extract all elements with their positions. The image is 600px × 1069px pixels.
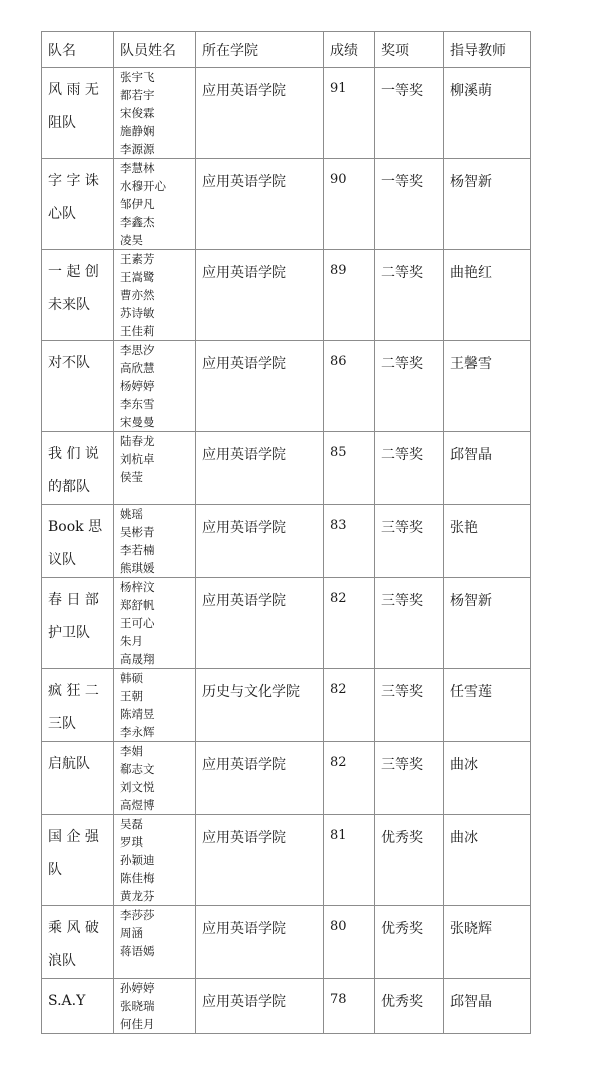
header-award: 奖项 (375, 32, 444, 68)
member-name: 邹伊凡 (120, 195, 195, 213)
team-name-line: 对不队 (48, 347, 109, 380)
members-cell: 李娟郗志文刘文悦高煜博 (114, 742, 196, 815)
member-name: 罗琪 (120, 833, 195, 851)
header-members: 队员姓名 (114, 32, 196, 68)
team-name-cell: 乘 风 破浪队 (42, 906, 114, 979)
member-name: 王嵩鹭 (120, 268, 195, 286)
team-name-line: 风 雨 无 (48, 74, 109, 107)
teacher-cell: 杨智新 (444, 578, 531, 669)
award-cell: 三等奖 (375, 742, 444, 815)
score-cell: 82 (324, 669, 375, 742)
member-name: 高煜博 (120, 796, 195, 814)
team-name-cell: 风 雨 无阻队 (42, 68, 114, 159)
team-name-line: 字 字 诛 (48, 165, 109, 198)
table-row: 字 字 诛心队李慧林水穆开心邹伊凡李鑫杰凌昊应用英语学院90一等奖杨智新 (42, 159, 531, 250)
team-name-cell: Book 思议队 (42, 505, 114, 578)
team-name-line: 护卫队 (48, 617, 109, 650)
award-cell: 一等奖 (375, 68, 444, 159)
college-cell: 应用英语学院 (196, 505, 324, 578)
member-name: 施静娴 (120, 122, 195, 140)
award-cell: 三等奖 (375, 669, 444, 742)
member-name: 曹亦然 (120, 286, 195, 304)
table-row: S.A.Y孙婷婷张晓瑞何佳月应用英语学院78优秀奖邱智晶 (42, 979, 531, 1034)
score-cell: 90 (324, 159, 375, 250)
team-name-cell: 一 起 创未来队 (42, 250, 114, 341)
teacher-cell: 任雪莲 (444, 669, 531, 742)
member-name: 王可心 (120, 614, 195, 632)
score-cell: 81 (324, 815, 375, 906)
teacher-cell: 张晓辉 (444, 906, 531, 979)
team-name-line: 乘 风 破 (48, 912, 109, 945)
team-name-cell: 疯 狂 二三队 (42, 669, 114, 742)
members-cell: 姚瑶吴彬青李若楠熊琪媛 (114, 505, 196, 578)
team-name-cell: 我 们 说的都队 (42, 432, 114, 505)
score-cell: 80 (324, 906, 375, 979)
award-cell: 一等奖 (375, 159, 444, 250)
member-name: 朱月 (120, 632, 195, 650)
members-cell: 孙婷婷张晓瑞何佳月 (114, 979, 196, 1034)
college-cell: 历史与文化学院 (196, 669, 324, 742)
member-name: 李思汐 (120, 341, 195, 359)
award-cell: 优秀奖 (375, 815, 444, 906)
table-row: 春 日 部护卫队杨梓汶郑舒帆王可心朱月高晟翔应用英语学院82三等奖杨智新 (42, 578, 531, 669)
header-team: 队名 (42, 32, 114, 68)
team-name-line: 浪队 (48, 945, 109, 978)
member-name: 郑舒帆 (120, 596, 195, 614)
award-cell: 三等奖 (375, 578, 444, 669)
team-name-cell: 字 字 诛心队 (42, 159, 114, 250)
member-name: 刘文悦 (120, 778, 195, 796)
member-name: 熊琪媛 (120, 559, 195, 577)
member-name: 陈靖昱 (120, 705, 195, 723)
member-name: 凌昊 (120, 231, 195, 249)
college-cell: 应用英语学院 (196, 979, 324, 1034)
score-cell: 78 (324, 979, 375, 1034)
teacher-cell: 曲艳红 (444, 250, 531, 341)
member-name: 吴磊 (120, 815, 195, 833)
table-row: 风 雨 无阻队张宇飞都若宇宋俊霖施静娴李源源应用英语学院91一等奖柳溪萌 (42, 68, 531, 159)
score-cell: 82 (324, 578, 375, 669)
member-name: 高晟翔 (120, 650, 195, 668)
award-cell: 三等奖 (375, 505, 444, 578)
team-name-line: S.A.Y (48, 985, 109, 1018)
table-row: 国 企 强队吴磊罗琪孙颖迪陈佳梅黄龙芬应用英语学院81优秀奖曲冰 (42, 815, 531, 906)
member-name: 杨婷婷 (120, 377, 195, 395)
member-name: 陈佳梅 (120, 869, 195, 887)
team-name-cell: 春 日 部护卫队 (42, 578, 114, 669)
score-cell: 89 (324, 250, 375, 341)
members-cell: 韩硕王朝陈靖昱李永辉 (114, 669, 196, 742)
header-score: 成绩 (324, 32, 375, 68)
member-name: 张宇飞 (120, 68, 195, 86)
header-college: 所在学院 (196, 32, 324, 68)
team-name-line: 的都队 (48, 471, 109, 504)
award-cell: 优秀奖 (375, 979, 444, 1034)
table-row: 启航队李娟郗志文刘文悦高煜博应用英语学院82三等奖曲冰 (42, 742, 531, 815)
members-cell: 李思汐高欣慧杨婷婷李东雪宋曼曼 (114, 341, 196, 432)
award-cell: 优秀奖 (375, 906, 444, 979)
member-name: 郗志文 (120, 760, 195, 778)
member-name: 高欣慧 (120, 359, 195, 377)
header-teacher: 指导教师 (444, 32, 531, 68)
team-name-line: 国 企 强 (48, 821, 109, 854)
college-cell: 应用英语学院 (196, 250, 324, 341)
team-name-line: 疯 狂 二 (48, 675, 109, 708)
members-cell: 杨梓汶郑舒帆王可心朱月高晟翔 (114, 578, 196, 669)
members-cell: 吴磊罗琪孙颖迪陈佳梅黄龙芬 (114, 815, 196, 906)
member-name: 姚瑶 (120, 505, 195, 523)
members-cell: 王素芳王嵩鹭曹亦然苏诗敏王佳莉 (114, 250, 196, 341)
teacher-cell: 王馨雪 (444, 341, 531, 432)
member-name: 王佳莉 (120, 322, 195, 340)
member-name: 陆春龙 (120, 432, 195, 450)
team-name-cell: 对不队 (42, 341, 114, 432)
score-cell: 82 (324, 742, 375, 815)
score-cell: 83 (324, 505, 375, 578)
award-cell: 二等奖 (375, 341, 444, 432)
members-cell: 李莎莎周涵蒋语嫣 (114, 906, 196, 979)
member-name: 侯莹 (120, 468, 195, 486)
awards-table: 队名 队员姓名 所在学院 成绩 奖项 指导教师 风 雨 无阻队张宇飞都若宇宋俊霖… (41, 31, 531, 1034)
member-name: 李慧林 (120, 159, 195, 177)
college-cell: 应用英语学院 (196, 432, 324, 505)
team-name-line: 心队 (48, 198, 109, 231)
teacher-cell: 曲冰 (444, 815, 531, 906)
team-name-line: 一 起 创 (48, 256, 109, 289)
college-cell: 应用英语学院 (196, 906, 324, 979)
member-name: 吴彬青 (120, 523, 195, 541)
award-cell: 二等奖 (375, 432, 444, 505)
team-name-line: 三队 (48, 708, 109, 741)
score-cell: 86 (324, 341, 375, 432)
member-name: 宋曼曼 (120, 413, 195, 431)
member-name: 蒋语嫣 (120, 942, 195, 960)
member-name: 都若宇 (120, 86, 195, 104)
teacher-cell: 邱智晶 (444, 979, 531, 1034)
college-cell: 应用英语学院 (196, 341, 324, 432)
header-row: 队名 队员姓名 所在学院 成绩 奖项 指导教师 (42, 32, 531, 68)
member-name: 韩硕 (120, 669, 195, 687)
members-cell: 李慧林水穆开心邹伊凡李鑫杰凌昊 (114, 159, 196, 250)
college-cell: 应用英语学院 (196, 68, 324, 159)
table-row: 乘 风 破浪队李莎莎周涵蒋语嫣应用英语学院80优秀奖张晓辉 (42, 906, 531, 979)
college-cell: 应用英语学院 (196, 159, 324, 250)
member-name: 孙婷婷 (120, 979, 195, 997)
table-row: Book 思议队姚瑶吴彬青李若楠熊琪媛应用英语学院83三等奖张艳 (42, 505, 531, 578)
member-name: 杨梓汶 (120, 578, 195, 596)
teacher-cell: 曲冰 (444, 742, 531, 815)
teacher-cell: 邱智晶 (444, 432, 531, 505)
table-row: 一 起 创未来队王素芳王嵩鹭曹亦然苏诗敏王佳莉应用英语学院89二等奖曲艳红 (42, 250, 531, 341)
table-row: 我 们 说的都队陆春龙刘杭卓侯莹应用英语学院85二等奖邱智晶 (42, 432, 531, 505)
member-name: 李若楠 (120, 541, 195, 559)
team-name-line: 阻队 (48, 107, 109, 140)
team-name-cell: 启航队 (42, 742, 114, 815)
member-name: 苏诗敏 (120, 304, 195, 322)
member-name: 水穆开心 (120, 177, 195, 195)
team-name-line: 春 日 部 (48, 584, 109, 617)
score-cell: 85 (324, 432, 375, 505)
member-name: 张晓瑞 (120, 997, 195, 1015)
team-name-line: 队 (48, 854, 109, 887)
member-name: 李永辉 (120, 723, 195, 741)
table-row: 对不队李思汐高欣慧杨婷婷李东雪宋曼曼应用英语学院86二等奖王馨雪 (42, 341, 531, 432)
team-name-cell: S.A.Y (42, 979, 114, 1034)
member-name: 刘杭卓 (120, 450, 195, 468)
team-name-cell: 国 企 强队 (42, 815, 114, 906)
team-name-line: 未来队 (48, 289, 109, 322)
members-cell: 陆春龙刘杭卓侯莹 (114, 432, 196, 505)
member-name: 周涵 (120, 924, 195, 942)
members-cell: 张宇飞都若宇宋俊霖施静娴李源源 (114, 68, 196, 159)
member-name: 王素芳 (120, 250, 195, 268)
teacher-cell: 柳溪萌 (444, 68, 531, 159)
member-name: 李源源 (120, 140, 195, 158)
member-name: 李娟 (120, 742, 195, 760)
table-row: 疯 狂 二三队韩硕王朝陈靖昱李永辉历史与文化学院82三等奖任雪莲 (42, 669, 531, 742)
college-cell: 应用英语学院 (196, 815, 324, 906)
member-name: 孙颖迪 (120, 851, 195, 869)
member-name: 李莎莎 (120, 906, 195, 924)
award-cell: 二等奖 (375, 250, 444, 341)
college-cell: 应用英语学院 (196, 578, 324, 669)
score-cell: 91 (324, 68, 375, 159)
college-cell: 应用英语学院 (196, 742, 324, 815)
teacher-cell: 张艳 (444, 505, 531, 578)
member-name: 李东雪 (120, 395, 195, 413)
member-name: 何佳月 (120, 1015, 195, 1033)
teacher-cell: 杨智新 (444, 159, 531, 250)
member-name: 宋俊霖 (120, 104, 195, 122)
team-name-line: 启航队 (48, 748, 109, 781)
member-name: 黄龙芬 (120, 887, 195, 905)
member-name: 李鑫杰 (120, 213, 195, 231)
team-name-line: 议队 (48, 544, 109, 577)
team-name-line: Book 思 (48, 511, 109, 544)
member-name: 王朝 (120, 687, 195, 705)
team-name-line: 我 们 说 (48, 438, 109, 471)
